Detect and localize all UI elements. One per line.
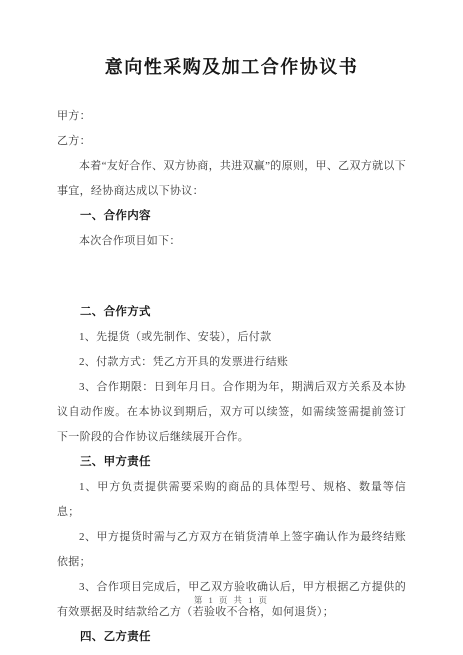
paragraph: 3、合作期限：日到年月日。合作期为年，期满后双方关系及本协议自动作废。在本协议到… (57, 375, 406, 450)
section-4-heading: 四、乙方责任 (57, 625, 406, 650)
document-body: 甲方： 乙方： 本着“友好合作、双方协商，共进双赢”的原则，甲、乙双方就以下事宜… (0, 84, 463, 650)
section-party-b-responsibility: 四、乙方责任 (57, 625, 406, 650)
section-cooperation-content: 一、合作内容 本次合作项目如下： (57, 204, 406, 300)
paragraph: 1、先提货（或先制作、安装），后付款 (57, 325, 406, 350)
section-3-heading: 三、甲方责任 (57, 450, 406, 475)
section-1-heading: 一、合作内容 (57, 204, 406, 229)
page-number-footer: 第 1 页 共 1 页 (0, 593, 463, 607)
party-a-line: 甲方： (57, 104, 406, 129)
paragraph: 2、甲方提货时需与乙方双方在销货清单上签字确认作为最终结账依据； (57, 525, 406, 575)
paragraph: 本次合作项目如下： (57, 229, 406, 254)
section-cooperation-method: 二、合作方式 1、先提货（或先制作、安装），后付款 2、付款方式：凭乙方开具的发… (57, 300, 406, 450)
paragraph: 2、付款方式：凭乙方开具的发票进行结账 (57, 350, 406, 375)
document-title: 意向性采购及加工合作协议书 (0, 0, 463, 84)
blank-fill-area (57, 254, 406, 300)
paragraph: 1、甲方负责提供需要采购的商品的具体型号、规格、数量等信息； (57, 475, 406, 525)
intro-paragraph: 本着“友好合作、双方协商，共进双赢”的原则，甲、乙双方就以下事宜，经协商达成以下… (57, 154, 406, 204)
section-2-heading: 二、合作方式 (57, 300, 406, 325)
party-b-line: 乙方： (57, 129, 406, 154)
document-page: 意向性采购及加工合作协议书 甲方： 乙方： 本着“友好合作、双方协商，共进双赢”… (0, 0, 463, 655)
